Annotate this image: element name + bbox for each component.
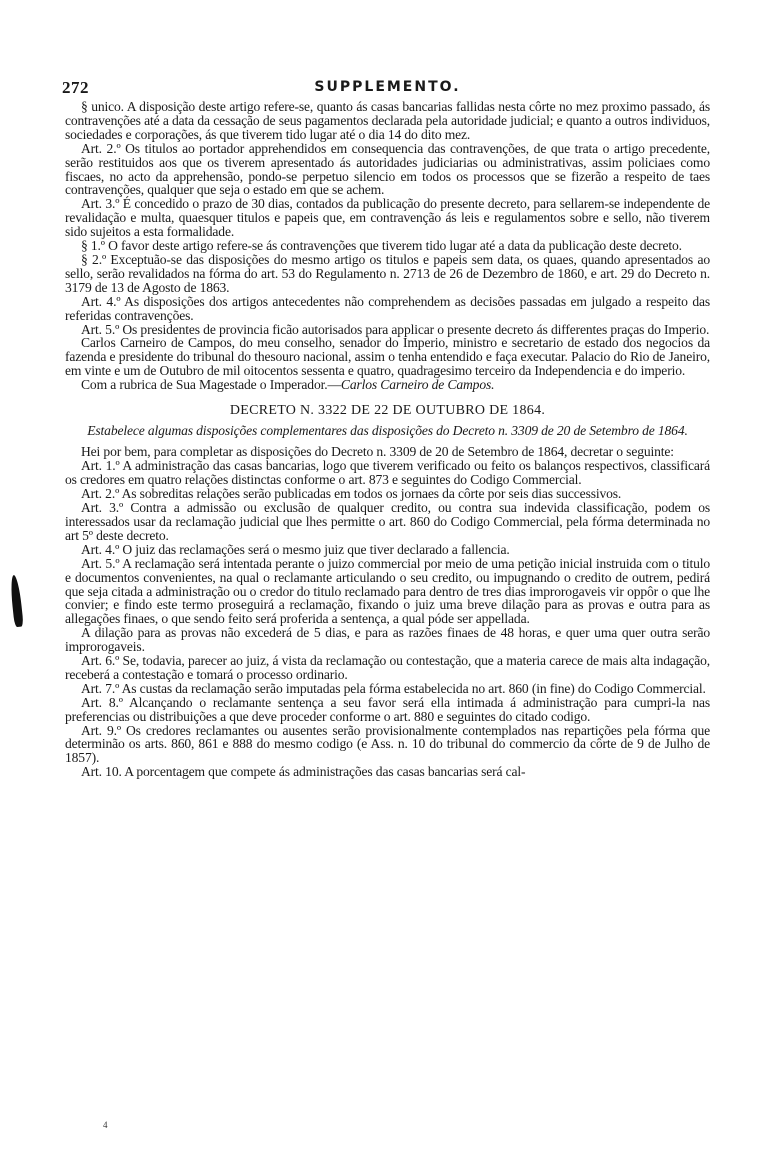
margin-ink-mark: [9, 575, 23, 628]
page-header: 272 SUPPLEMENTO.: [65, 78, 710, 100]
paragraph-art-2: Art. 2.º As sobreditas relações serão pu…: [65, 487, 710, 501]
paragraph-art-5: Art. 5.º A reclamação será intentada per…: [65, 557, 710, 627]
paragraph-art-7: Art. 7.º As custas da reclamação serão i…: [65, 682, 710, 696]
paragraph-art-9: Art. 9.º Os credores reclamantes ou ause…: [65, 724, 710, 766]
paragraph-art-5: Art. 5.º Os presidentes de provincia fic…: [65, 323, 710, 337]
paragraph-art-6: Art. 6.º Se, todavia, parecer ao juiz, á…: [65, 654, 710, 682]
paragraph-minister: Carlos Carneiro de Campos, do meu consel…: [65, 336, 710, 378]
paragraph-sec-1: § 1.º O favor deste artigo refere-se ás …: [65, 239, 710, 253]
paragraph-sec-2: § 2.º Exceptuão-se das disposições do me…: [65, 253, 710, 295]
document-page: 272 SUPPLEMENTO. § unico. A disposição d…: [65, 78, 710, 779]
paragraph-art-10: Art. 10. A porcentagem que compete ás ad…: [65, 765, 710, 779]
section-decree-3322: Hei por bem, para completar as disposiçõ…: [65, 445, 710, 779]
paragraph-art-3: Art. 3.º Contra a admissão ou exclusão d…: [65, 501, 710, 543]
paragraph-art-2: Art. 2.º Os titulos ao portador apprehen…: [65, 142, 710, 198]
paragraph-art-1: Art. 1.º A administração das casas banca…: [65, 459, 710, 487]
rubric-line: Com a rubrica de Sua Magestade o Imperad…: [65, 378, 710, 392]
paragraph-dilation: A dilação para as provas não excederá de…: [65, 626, 710, 654]
rubric-signature: Carlos Carneiro de Campos.: [341, 377, 494, 392]
decree-summary: Estabelece algumas disposições complemen…: [65, 424, 710, 439]
paragraph-art-4: Art. 4.º O juiz das reclamações será o m…: [65, 543, 710, 557]
decree-title: DECRETO N. 3322 DE 22 DE OUTUBRO DE 1864…: [65, 404, 710, 418]
paragraph-sole: § unico. A disposição deste artigo refer…: [65, 100, 710, 142]
paragraph-art-3: Art. 3.º É concedido o prazo de 30 dias,…: [65, 197, 710, 239]
paragraph-art-4: Art. 4.º As disposições dos artigos ante…: [65, 295, 710, 323]
paragraph-preamble: Hei por bem, para completar as disposiçõ…: [65, 445, 710, 459]
section-previous-decree: § unico. A disposição deste artigo refer…: [65, 100, 710, 392]
running-title: SUPPLEMENTO.: [65, 79, 710, 95]
rubric-text: Com a rubrica de Sua Magestade o Imperad…: [81, 377, 341, 392]
paragraph-art-8: Art. 8.º Alcançando o reclamante sentenç…: [65, 696, 710, 724]
footer-mark: 4: [103, 1120, 108, 1130]
